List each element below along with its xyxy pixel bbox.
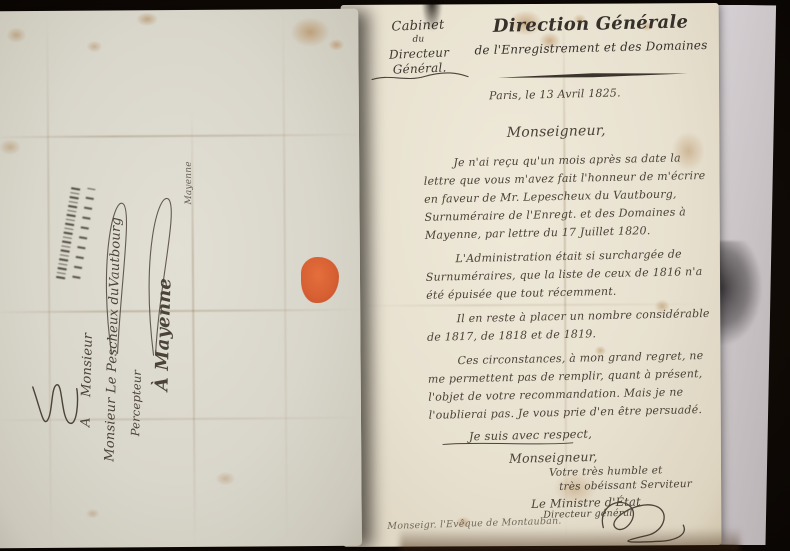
edge-annotation: Mayenne	[184, 161, 194, 204]
letter-body: Je n'ai reçu qu'un mois après sa date la…	[423, 149, 719, 431]
foxing-stain	[136, 12, 158, 26]
paragraph: Je n'ai reçu qu'un mois après sa date la…	[423, 149, 715, 245]
fold-crease	[0, 134, 359, 139]
cabinet-block: Cabinet du Directeur Général.	[360, 16, 478, 78]
gutter-shadow	[400, 528, 740, 551]
paraph-mark	[27, 377, 85, 431]
masthead-title: Direction Générale	[468, 11, 712, 38]
closing-monseigneur: Monseigneur,	[509, 449, 598, 466]
fold-crease	[46, 11, 52, 548]
paragraph: L'Administration était si surchargée de …	[425, 245, 716, 305]
closing-respect: Je suis avec respect,	[469, 427, 592, 444]
paragraph: Il en reste à placer un nombre considéra…	[426, 305, 717, 347]
masthead: Direction Générale de l'Enregistrement e…	[468, 11, 713, 58]
masthead-subtitle: de l'Enregistrement et des Domaines	[469, 38, 713, 58]
foxing-stain	[6, 27, 26, 43]
foxing-stain	[86, 509, 100, 519]
foxing-stain	[86, 41, 102, 53]
page-gap-shadow	[422, 0, 442, 30]
photo-frame: Cabinet du Directeur Général. Direction …	[0, 0, 790, 551]
foxing-stain	[215, 472, 235, 486]
wax-seal	[301, 257, 339, 303]
letter-page: Cabinet du Directeur Général. Direction …	[341, 3, 722, 547]
foxing-stain	[328, 39, 344, 51]
dateline: Paris, le 13 Avril 1825.	[489, 86, 621, 102]
foxing-stain	[290, 17, 330, 47]
salutation: Monseigneur,	[491, 122, 621, 141]
paragraph: Ces circonstances, à mon grand regret, n…	[427, 347, 718, 425]
masthead-rule	[498, 69, 688, 81]
address-block: A Monsieur Monsieur Le Pescheux duVautbo…	[72, 179, 198, 464]
fold-crease	[282, 9, 288, 546]
envelope-leaf: A Monsieur Monsieur Le Pescheux duVautbo…	[0, 9, 362, 549]
valediction-line1: Votre très humble et	[549, 464, 663, 479]
foxing-stain	[0, 139, 21, 155]
